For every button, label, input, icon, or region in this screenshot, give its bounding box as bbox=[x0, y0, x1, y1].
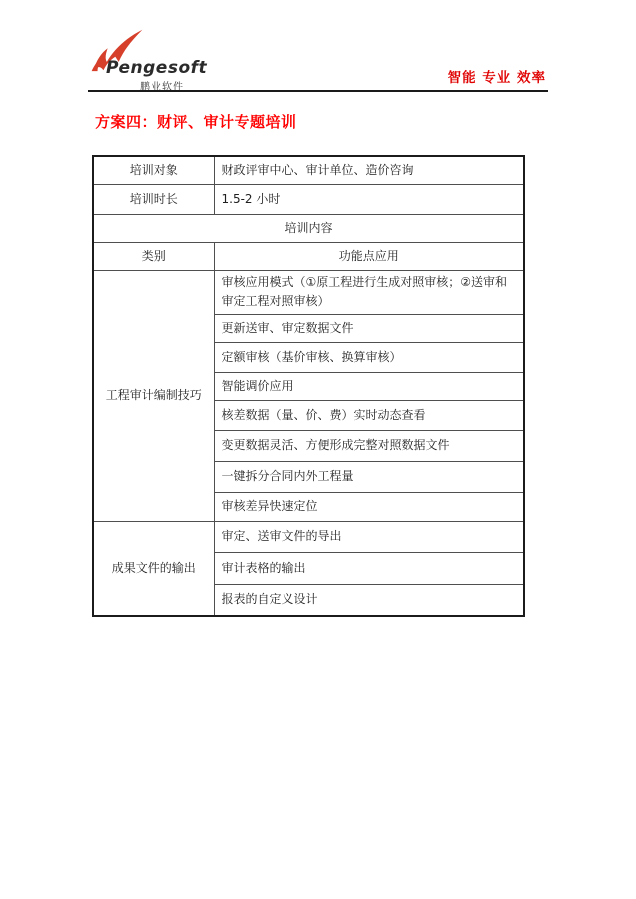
function-item: 更新送审、审定数据文件 bbox=[214, 314, 524, 342]
function-item: 审核应用模式（①原工程进行生成对照审核；②送审和审定工程对照审核） bbox=[214, 270, 524, 314]
table-row: 培训对象 财政评审中心、审计单位、造价咨询 bbox=[93, 156, 524, 184]
function-item: 核差数据（量、价、费）实时动态查看 bbox=[214, 400, 524, 430]
info-value-audience: 财政评审中心、审计单位、造价咨询 bbox=[214, 156, 524, 184]
table-row: 培训内容 bbox=[93, 214, 524, 242]
function-item: 变更数据灵活、方便形成完整对照数据文件 bbox=[214, 430, 524, 461]
logo-brand-text: Pengesoft bbox=[106, 58, 207, 78]
page-header: Pengesoft 鹏业软件 智能 专业 效率 bbox=[0, 0, 636, 100]
function-item: 一键拆分合同内外工程量 bbox=[214, 461, 524, 492]
function-item: 智能调价应用 bbox=[214, 372, 524, 400]
group-category-output-files: 成果文件的输出 bbox=[93, 521, 214, 616]
column-header-function: 功能点应用 bbox=[214, 242, 524, 270]
table-row: 成果文件的输出 审定、送审文件的导出 bbox=[93, 521, 524, 552]
function-item: 审核差异快速定位 bbox=[214, 492, 524, 521]
function-item: 审计表格的输出 bbox=[214, 552, 524, 584]
table-row: 培训时长 1.5-2 小时 bbox=[93, 184, 524, 214]
section-header-cell: 培训内容 bbox=[93, 214, 524, 242]
info-value-duration: 1.5-2 小时 bbox=[214, 184, 524, 214]
table-row: 类别 功能点应用 bbox=[93, 242, 524, 270]
info-label-duration: 培训时长 bbox=[93, 184, 214, 214]
info-label-audience: 培训对象 bbox=[93, 156, 214, 184]
table-row: 工程审计编制技巧 审核应用模式（①原工程进行生成对照审核；②送审和审定工程对照审… bbox=[93, 270, 524, 314]
document-title: 方案四：财评、审计专题培训 bbox=[95, 111, 297, 132]
column-header-category: 类别 bbox=[93, 242, 214, 270]
company-tagline: 智能 专业 效率 bbox=[448, 66, 546, 86]
company-logo: Pengesoft 鹏业软件 bbox=[88, 28, 238, 86]
function-item: 定额审核（基价审核、换算审核） bbox=[214, 342, 524, 372]
training-table: 培训对象 财政评审中心、审计单位、造价咨询 培训时长 1.5-2 小时 培训内容… bbox=[92, 155, 525, 617]
function-item: 报表的自定义设计 bbox=[214, 584, 524, 616]
header-divider bbox=[88, 90, 548, 92]
function-item: 审定、送审文件的导出 bbox=[214, 521, 524, 552]
group-category-audit-skills: 工程审计编制技巧 bbox=[93, 270, 214, 521]
